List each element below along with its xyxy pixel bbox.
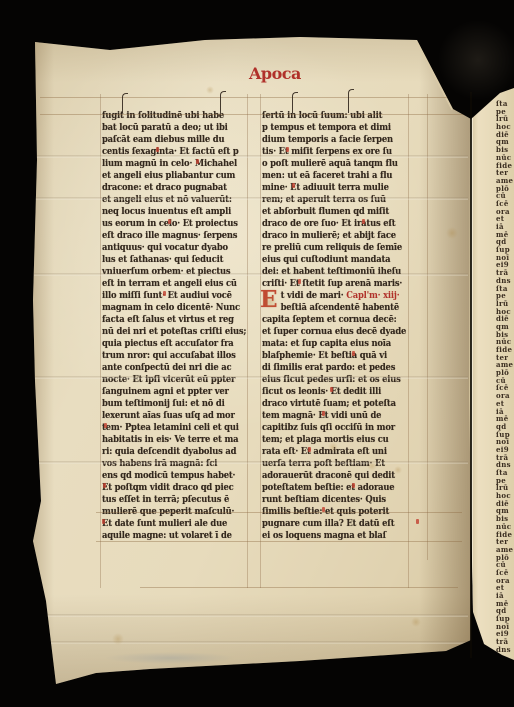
next-leaf-edge: ſtapelrūhocdiēqmbisnūcfideterameplōcūſcē… [468, 85, 514, 665]
rubric-touch [322, 411, 325, 416]
rubric-touch [103, 483, 106, 488]
text-line: blaſphemie· Et beſtia quā vi [262, 350, 403, 362]
text-line: et abſorbuit flumen qd miſit [262, 206, 403, 218]
text-line: mata: et ſup capita eius noīa [262, 338, 403, 350]
text-line: draco in mulierē; et abijt face [262, 230, 403, 242]
text-line: vniuerſum orbem· et piectus [102, 266, 243, 278]
text-line: Et poſtqm vidit draco qd piec [102, 482, 243, 494]
text-line: us eorum in celo· Et proiectus [102, 218, 243, 230]
rubric-touch [330, 387, 333, 392]
text-line: ante conſpectū dei nri die ac [102, 362, 243, 374]
text-line: vos habens irā magnā: ſci [102, 458, 243, 470]
rubric-touch [352, 483, 355, 488]
text-line: pugnare cum illa? Et datū eſt [262, 518, 403, 530]
text-line: et ſuper cornua eius decē dyade [262, 326, 403, 338]
text-line-start: t vidi de mari· [281, 291, 344, 301]
text-line: ſertū in locū ſuum: ubi alit [262, 110, 403, 122]
rubric-touch [156, 147, 159, 152]
bottom-smudge [105, 652, 235, 664]
text-line: capitibz ſuis qſi occiſū in mor [262, 422, 403, 434]
text-line: tem· Pptea letamini celi et qui [102, 422, 243, 434]
text-line: o poſt mulierē aquā tanqm flu [262, 158, 403, 170]
stain-spot [411, 617, 421, 627]
text-line: illo miſſi ſunt· Et audiui vocē [102, 290, 243, 302]
text-line: re preliū cum reliquis de ſemīe [262, 242, 403, 254]
text-line: criſti· Et ſtetit ſup arenā maris· [262, 278, 403, 290]
text-line: quia piectus eſt accuſator fra [102, 338, 243, 350]
text-line: uerſa terra poſt beſtiam· Et [262, 458, 403, 470]
text-line: magnam in celo dicentē· Nunc [102, 302, 243, 314]
text-line: nū dei nri et poteſtas criſti eius; [102, 326, 243, 338]
text-line: et angeli eius et nō valuerūt: [102, 194, 243, 206]
stain-spot [263, 295, 277, 309]
stain-spot [328, 442, 338, 452]
text-line: dracone: et draco pugnabat [102, 182, 243, 194]
rubric-touch [104, 423, 107, 428]
rubric-touch [308, 447, 311, 452]
ruling-line-vertical [260, 94, 261, 588]
text-line: dium temporis a facie ſerpen [262, 134, 403, 146]
parchment-crease [34, 197, 468, 200]
corner-haze [438, 20, 514, 100]
ruling-line-vertical [100, 94, 101, 588]
parchment-crease [34, 273, 468, 276]
edge-text-line: dns [496, 646, 514, 654]
page-fold-shadow [470, 92, 472, 658]
text-column-left: fugit in ſolitudinē ubi habebat locū par… [102, 110, 254, 542]
text-line: et angeli eius pliabantur cum [102, 170, 243, 182]
text-line: ens qd modicū tempus habet· [102, 470, 243, 482]
text-line: draco virtutē ſuam; et poteſta [262, 398, 403, 410]
text-line: lexerunt aīas ſuas uſq ad mor [102, 410, 243, 422]
parchment-crease [34, 376, 468, 379]
next-leaf-text-strip: ſtapelrūhocdiēqmbisnūcfideterameplōcūſcē… [496, 100, 514, 656]
text-line: men: ut eā faceret trahi a flu [262, 170, 403, 182]
manuscript-page: Apoca fugit in ſolitudinē ubi habebat lo… [32, 37, 472, 685]
text-line: adorauerūt draconē qui dedit [262, 470, 403, 482]
text-line: tem magnā· Et vidi unū de [262, 410, 403, 422]
running-header: Apoca [249, 64, 301, 83]
text-line: runt beſtiam dicentes· Quis [262, 494, 403, 506]
parchment-crease [34, 155, 468, 158]
text-line: eſt in terram et angeli eius cū [102, 278, 243, 290]
text-line: poteſtatem beſtie: et adoraue [262, 482, 403, 494]
text-line: paſcāt eam diebus mille du [102, 134, 243, 146]
text-line: ſanguinem agni et ppter ver [102, 386, 243, 398]
stain-spot [206, 86, 214, 94]
rubric-touch [352, 351, 355, 356]
text-line: bum teſtimonij ſui: et nō di [102, 398, 243, 410]
rubric-touch [168, 219, 171, 224]
ruling-line-horizontal [140, 587, 458, 588]
text-line: rem; et aperuit terra os ſuū [262, 194, 403, 206]
text-line: dei: et habent teſtimoniū iheſu [262, 266, 403, 278]
text-line: facta eſt ſalus et virtus et reg [102, 314, 243, 326]
ruling-line-vertical [427, 94, 428, 560]
rubric-touch [322, 507, 325, 512]
text-line: bat locū paratū a deo; ut ibi [102, 122, 243, 134]
text-line: p tempus et tempora et dimi [262, 122, 403, 134]
rubric-touch [196, 159, 199, 164]
parchment-crease [34, 641, 468, 644]
stain-spot [367, 461, 377, 471]
rubric-touch [286, 147, 289, 152]
stain-spot [112, 633, 124, 645]
rubric-touch [292, 183, 295, 188]
stain-spot [446, 227, 458, 239]
rubric-touch [102, 519, 105, 524]
text-line: neq locus inuentus eſt ampli [102, 206, 243, 218]
ascender-flourish [220, 91, 226, 113]
text-line: eius qui cuſtodiunt mandata [262, 254, 403, 266]
text-line: lium magnū in celo· Michahel [102, 158, 243, 170]
rubric-touch [416, 519, 419, 524]
text-line: mine· Et adiuuit terra mulie [262, 182, 403, 194]
rubric-touch [298, 279, 301, 284]
text-line: eſt draco ille magnus· ſerpens [102, 230, 243, 242]
ruling-line-horizontal [40, 97, 468, 98]
rubric-touch [362, 219, 365, 224]
text-line: beſtiā aſcendentē habentē [262, 302, 403, 314]
ruling-line-vertical [247, 94, 248, 588]
text-line: Et date ſunt mulieri ale due [102, 518, 243, 530]
text-line: lus et ſathanas· qui ſeducit [102, 254, 243, 266]
text-line: trum nror: qui accuſabat illos [102, 350, 243, 362]
text-line: di ſimilis erat pardo: et pedes [262, 362, 403, 374]
ruling-line-vertical [408, 94, 409, 588]
manuscript-photo: Apoca fugit in ſolitudinē ubi habebat lo… [0, 0, 514, 707]
rubric-touch [163, 291, 166, 296]
text-line: antiquus· qui vocatur dyabo [102, 242, 243, 254]
text-line: habitatis in eis· Ve terre et ma [102, 434, 243, 446]
text-line: draco de ore ſuo· Et iratus eſt [262, 218, 403, 230]
text-column-right: E ſertū in locū ſuum: ubi alitp tempus e… [262, 110, 414, 542]
ascender-flourish [292, 92, 298, 113]
ruling-line-horizontal [40, 114, 468, 115]
parchment-crease [34, 461, 468, 464]
text-line: capita ſeptem et cornua decē: [262, 314, 403, 326]
ascender-flourish [348, 89, 354, 113]
text-line: ri: quia deſcendit dyabolus ad [102, 446, 243, 458]
text-line: tus eſſet in terrā; pſecutus ē [102, 494, 243, 506]
ascender-flourish [122, 93, 128, 113]
stain-spot [394, 466, 402, 474]
parchment-crease [34, 614, 468, 617]
chapter-rubric: Capl'm· xiij· [346, 291, 399, 301]
text-line: t vidi de mari·Capl'm· xiij· [262, 290, 403, 302]
